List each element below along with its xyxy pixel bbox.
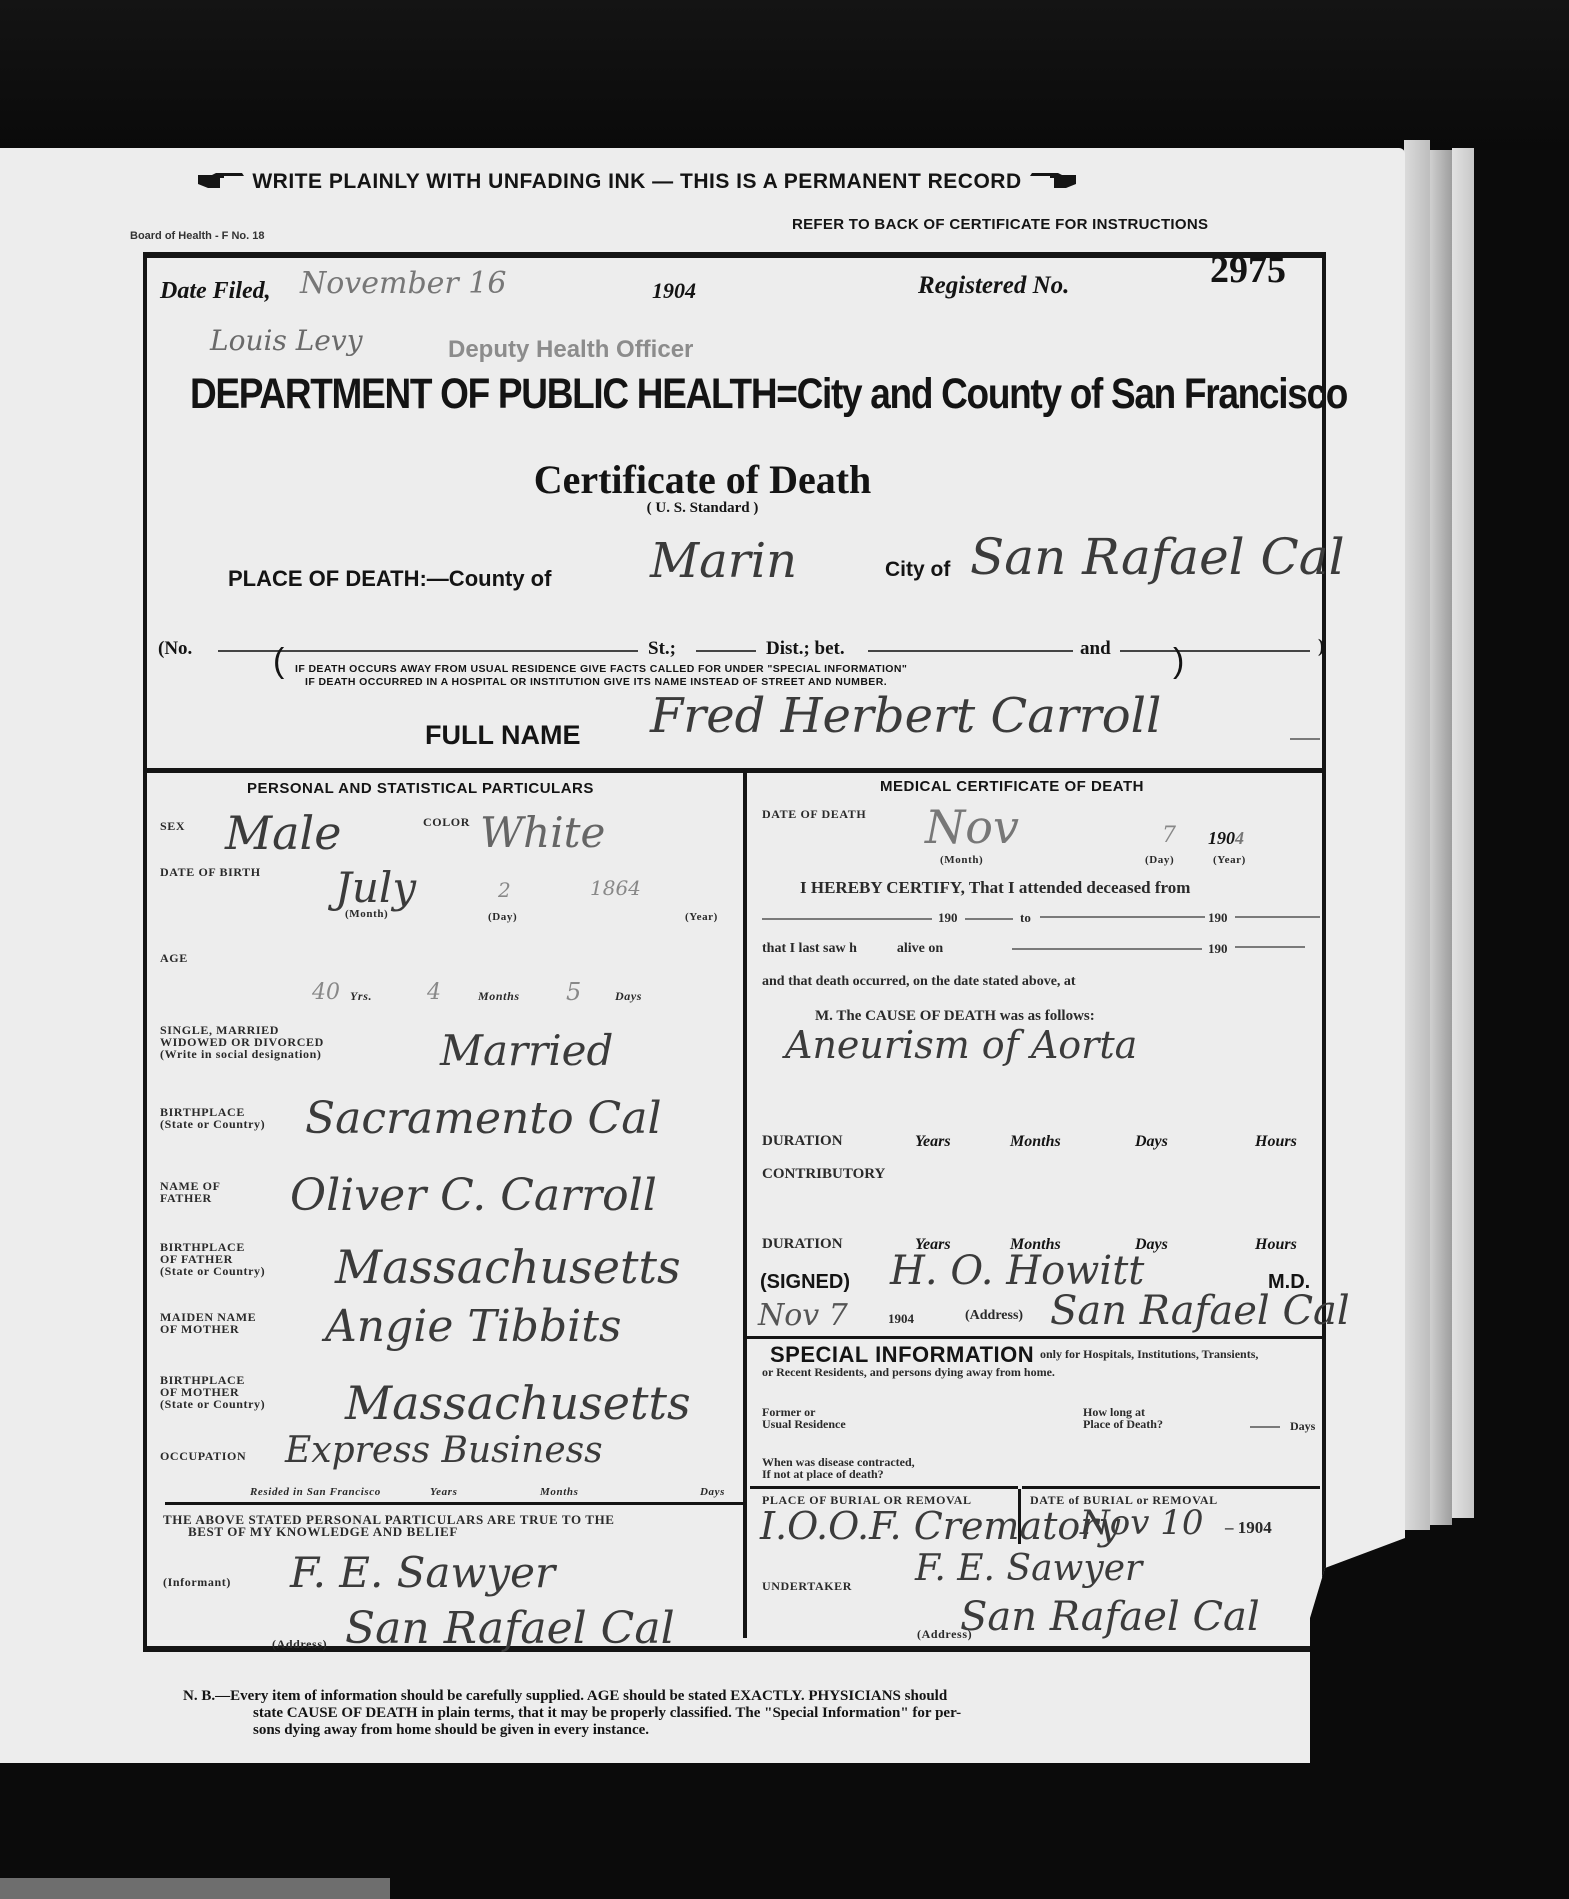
resided-years-label: Years <box>430 1486 457 1498</box>
next-page-edge <box>0 1878 390 1899</box>
dod-month: Nov <box>925 800 1019 854</box>
dob-month-label: (Month) <box>345 908 388 920</box>
mother-name-value: Angie Tibbits <box>325 1301 621 1352</box>
certificate-title: Certificate of Death <box>0 456 1405 503</box>
page-edge <box>1430 150 1452 1525</box>
officer-title: Deputy Health Officer <box>448 336 693 364</box>
informant-address-value: San Rafael Cal <box>345 1603 675 1654</box>
no-label: (No. <box>158 638 192 660</box>
certificate-subtitle: ( U. S. Standard ) <box>0 500 1405 517</box>
city-label: City of <box>885 558 950 582</box>
mother-birthplace-label: BIRTHPLACE OF MOTHER (State or Country) <box>160 1374 265 1410</box>
personal-section-title: PERSONAL AND STATISTICAL PARTICULARS <box>247 780 594 797</box>
page-edge <box>1404 140 1430 1530</box>
age-years: 40 <box>312 980 340 1005</box>
father-birthplace-value: Massachusetts <box>335 1240 681 1294</box>
physician-address-label: (Address) <box>965 1308 1023 1324</box>
age-years-label: Yrs. <box>350 990 372 1002</box>
dob-label: DATE OF BIRTH <box>160 866 261 878</box>
undertaker-address-value: San Rafael Cal <box>960 1594 1260 1640</box>
occupation-value: Express Business <box>285 1430 603 1471</box>
certify-line-1: I HEREBY CERTIFY, That I attended deceas… <box>800 878 1190 898</box>
birthplace-value: Sacramento Cal <box>305 1093 662 1144</box>
date-filed-year: 1904 <box>652 278 696 304</box>
marital-value: Married <box>440 1026 613 1075</box>
dob-month: July <box>335 863 416 912</box>
city-value: San Rafael Cal <box>970 528 1345 586</box>
dod-label: DATE OF DEATH <box>762 808 866 820</box>
marital-label: SINGLE, MARRIED WIDOWED OR DIVORCED (Wri… <box>160 1024 324 1060</box>
dist-label: Dist.; bet. <box>766 638 845 660</box>
age-days-label: Days <box>615 990 642 1002</box>
burial-year: – 1904 <box>1225 1518 1272 1538</box>
father-name-label: NAME OF FATHER <box>160 1180 221 1204</box>
certify-line-3: and that death occurred, on the date sta… <box>762 974 1076 990</box>
father-name-value: Oliver C. Carroll <box>290 1170 657 1221</box>
st-label: St.; <box>648 638 676 660</box>
dob-year: 1864 <box>590 876 641 900</box>
scan-background <box>0 0 1569 150</box>
medical-section-title: MEDICAL CERTIFICATE OF DEATH <box>880 778 1144 795</box>
age-label: AGE <box>160 952 188 964</box>
age-months: 4 <box>427 980 441 1005</box>
section-divider <box>147 768 1322 773</box>
county-value: Marin <box>650 533 797 589</box>
header-banner: WRITE PLAINLY WITH UNFADING INK — THIS I… <box>198 170 1076 194</box>
informant-statement: THE ABOVE STATED PERSONAL PARTICULARS AR… <box>163 1514 615 1538</box>
certify-line-2: that I last saw halive on <box>762 941 943 957</box>
former-residence-label: Former or Usual Residence <box>762 1406 846 1430</box>
burial-date-value: Nov 10 <box>1080 1503 1204 1543</box>
signed-label: (SIGNED) <box>760 1271 850 1294</box>
department-title: DEPARTMENT OF PUBLIC HEALTH=City and Cou… <box>190 370 1347 419</box>
cause-value: Aneurism of Aorta <box>785 1023 1137 1067</box>
full-name-value: Fred Herbert Carroll <box>650 688 1161 744</box>
father-birthplace-label: BIRTHPLACE OF FATHER (State or Country) <box>160 1241 265 1277</box>
color-value: White <box>480 808 605 857</box>
place-of-death-label: PLACE OF DEATH:—County of <box>228 566 551 592</box>
birthplace-label: BIRTHPLACE (State or Country) <box>160 1106 265 1130</box>
date-filed-label: Date Filed, <box>160 278 271 305</box>
age-days: 5 <box>566 978 581 1006</box>
dod-day-label: (Day) <box>1145 854 1174 866</box>
color-label: COLOR <box>423 816 470 828</box>
banner-text: WRITE PLAINLY WITH UNFADING INK — THIS I… <box>252 170 1021 193</box>
undertaker-value: F. E. Sawyer <box>915 1548 1142 1589</box>
informant-value: F. E. Sawyer <box>290 1548 555 1597</box>
special-info-subtitle-1: only for Hospitals, Institutions, Transi… <box>1040 1348 1258 1360</box>
refer-instructions: REFER TO BACK OF CERTIFICATE FOR INSTRUC… <box>792 216 1208 233</box>
burial-place-value: I.O.O.F. Crematory <box>760 1504 1120 1548</box>
disease-contracted-label: When was disease contracted, If not at p… <box>762 1456 915 1480</box>
full-name-label: FULL NAME <box>425 720 581 751</box>
dod-day: 7 <box>1162 823 1176 848</box>
physician-address-value: San Rafael Cal <box>1050 1288 1350 1334</box>
age-months-label: Months <box>478 990 520 1002</box>
date-filed-value: November 16 <box>300 266 506 301</box>
how-long-days-label: Days <box>1290 1420 1315 1432</box>
mother-name-label: MAIDEN NAME OF MOTHER <box>160 1311 256 1335</box>
resided-months-label: Months <box>540 1486 578 1498</box>
dob-day: 2 <box>498 878 511 902</box>
form-number: Board of Health - F No. 18 <box>130 230 264 242</box>
duration-label-2: DURATION <box>762 1236 843 1253</box>
signed-date: Nov 7 <box>758 1298 848 1333</box>
footnote: N. B.—Every item of information should b… <box>183 1688 961 1739</box>
certificate-page: WRITE PLAINLY WITH UNFADING INK — THIS I… <box>0 148 1405 1763</box>
pointing-hand-left-icon <box>1028 172 1076 190</box>
sex-label: SEX <box>160 820 185 832</box>
informant-address-label: (Address) <box>272 1638 327 1650</box>
dob-day-label: (Day) <box>488 911 517 923</box>
signed-year: 1904 <box>888 1311 914 1327</box>
resided-days-label: Days <box>700 1486 725 1498</box>
page-edge <box>1452 148 1474 1518</box>
dod-year: 1904 <box>1208 828 1244 849</box>
how-long-label: How long at Place of Death? <box>1083 1406 1163 1430</box>
registered-number: 2975 <box>1210 248 1286 292</box>
dod-month-label: (Month) <box>940 854 983 866</box>
resided-label: Resided in San Francisco <box>250 1486 381 1498</box>
sex-value: Male <box>225 806 341 860</box>
address-instructions: ( IF DEATH OCCURS AWAY FROM USUAL RESIDE… <box>295 663 907 689</box>
registered-label: Registered No. <box>918 272 1069 300</box>
officer-signature: Louis Levy <box>210 324 363 357</box>
pointing-hand-right-icon <box>198 172 246 190</box>
and-label: and <box>1080 638 1111 660</box>
column-divider <box>743 773 747 1638</box>
dob-year-label: (Year) <box>685 911 718 923</box>
mother-birthplace-value: Massachusetts <box>345 1376 691 1430</box>
address-row: (No. St.; Dist.; bet. and ) <box>158 638 1323 666</box>
contributory-label: CONTRIBUTORY <box>762 1166 885 1183</box>
undertaker-label: UNDERTAKER <box>762 1580 852 1592</box>
special-info-subtitle-2: or Recent Residents, and persons dying a… <box>762 1366 1055 1378</box>
informant-label: (Informant) <box>163 1576 231 1588</box>
duration-label: DURATION <box>762 1133 843 1150</box>
dod-year-label: (Year) <box>1213 854 1246 866</box>
occupation-label: OCCUPATION <box>160 1450 246 1462</box>
